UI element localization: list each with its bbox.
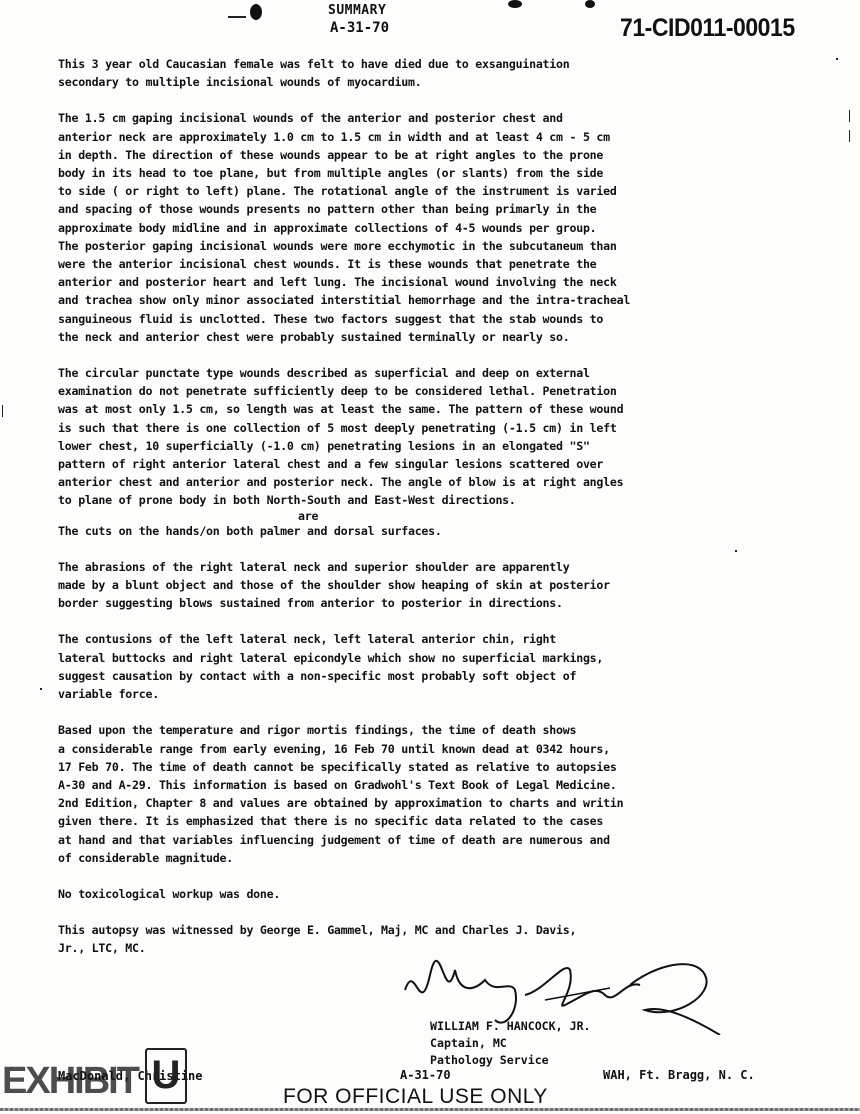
text-line: to plane of prone body in both North-Sou… (58, 491, 848, 509)
text-line: The posterior gaping incisional wounds w… (58, 237, 848, 255)
paragraph: This 3 year old Caucasian female was fel… (58, 55, 848, 91)
text-line: were the anterior incisional chest wound… (58, 255, 848, 273)
speck (228, 16, 246, 18)
speck (849, 110, 850, 122)
ink-blot (585, 0, 595, 8)
document-title: SUMMARY (328, 3, 386, 18)
paragraph: The abrasions of the right lateral neck … (58, 558, 848, 613)
text-line: a considerable range from early evening,… (58, 740, 848, 758)
speck (849, 130, 850, 142)
document-id-stamp: 71-CID011-00015 (620, 14, 795, 43)
paragraph: Based upon the temperature and rigor mor… (58, 721, 848, 867)
text-line: variable force. (58, 685, 848, 703)
text-line: body in its head to toe plane, but from … (58, 164, 848, 182)
text-line: border suggesting blows sustained from a… (58, 594, 848, 612)
text-line: This 3 year old Caucasian female was fel… (58, 55, 848, 73)
text-line: was at most only 1.5 cm, so length was a… (58, 400, 848, 418)
paragraph: The contusions of the left lateral neck,… (58, 630, 848, 703)
text-line: Based upon the temperature and rigor mor… (58, 721, 848, 739)
signer-name: WILLIAM F. HANCOCK, JR. (430, 1018, 591, 1035)
paragraph: The circular punctate type wounds descri… (58, 364, 848, 540)
text-line: 17 Feb 70. The time of death cannot be s… (58, 758, 848, 776)
document-body: This 3 year old Caucasian female was fel… (58, 55, 848, 976)
paragraph: No toxicological workup was done. (58, 885, 848, 903)
text-line: of considerable magnitude. (58, 849, 848, 867)
text-line: the neck and anterior chest were probabl… (58, 328, 848, 346)
ink-blot (250, 4, 262, 20)
ink-blot (508, 0, 522, 8)
text-line: The cuts on the hands/on both palmer and… (58, 522, 848, 540)
text-line: to side ( or right to left) plane. The r… (58, 182, 848, 200)
text-line: anterior chest and anterior and posterio… (58, 473, 848, 491)
case-number: A-31-70 (330, 20, 389, 36)
text-line: is such that there is one collection of … (58, 419, 848, 437)
classification-marking: FOR OFFICIAL USE ONLY (283, 1085, 548, 1109)
text-line: lower chest, 10 superficially (-1.0 cm) … (58, 437, 848, 455)
text-line: This autopsy was witnessed by George E. … (58, 921, 848, 939)
text-line: 2nd Edition, Chapter 8 and values are ob… (58, 794, 848, 812)
text-line: The 1.5 cm gaping incisional wounds of t… (58, 109, 848, 127)
document-page: SUMMARY A-31-70 71-CID011-00015 This 3 y… (0, 0, 860, 1114)
text-line: pattern of right anterior lateral chest … (58, 455, 848, 473)
text-line: given there. It is emphasized that there… (58, 812, 848, 830)
text-line: A-30 and A-29. This information is based… (58, 776, 848, 794)
footer-case-number: A-31-70 (400, 1068, 451, 1082)
bottom-edge-rule (0, 1108, 860, 1111)
exhibit-letter-stamp: U (145, 1048, 187, 1104)
facility-location: WAH, Ft. Bragg, N. C. (603, 1068, 755, 1082)
text-line: sanguineous fluid is unclotted. These tw… (58, 310, 848, 328)
text-line: in depth. The direction of these wounds … (58, 146, 848, 164)
text-line: lateral buttocks and right lateral epico… (58, 649, 848, 667)
signer-rank: Captain, MC (430, 1035, 591, 1052)
text-line: anterior and posterior heart and left lu… (58, 273, 848, 291)
handwritten-insertion: are (58, 510, 848, 522)
text-line: made by a blunt object and those of the … (58, 576, 848, 594)
text-line: approximate body midline and in approxim… (58, 219, 848, 237)
signature-block: WILLIAM F. HANCOCK, JR. Captain, MC Path… (430, 1018, 591, 1069)
signer-unit: Pathology Service (430, 1052, 591, 1069)
text-line: and spacing of those wounds presents no … (58, 200, 848, 218)
text-line: The abrasions of the right lateral neck … (58, 558, 848, 576)
text-line: No toxicological workup was done. (58, 885, 848, 903)
text-line: The contusions of the left lateral neck,… (58, 630, 848, 648)
speck (40, 688, 42, 690)
text-line: and trachea show only minor associated i… (58, 291, 848, 309)
speck (2, 405, 3, 417)
text-line: suggest causation by contact with a non-… (58, 667, 848, 685)
text-line: secondary to multiple incisional wounds … (58, 73, 848, 91)
text-line: at hand and that variables influencing j… (58, 831, 848, 849)
text-line: examination do not penetrate sufficientl… (58, 382, 848, 400)
paragraph: The 1.5 cm gaping incisional wounds of t… (58, 109, 848, 346)
text-line: anterior neck are approximately 1.0 cm t… (58, 128, 848, 146)
text-line: The circular punctate type wounds descri… (58, 364, 848, 382)
